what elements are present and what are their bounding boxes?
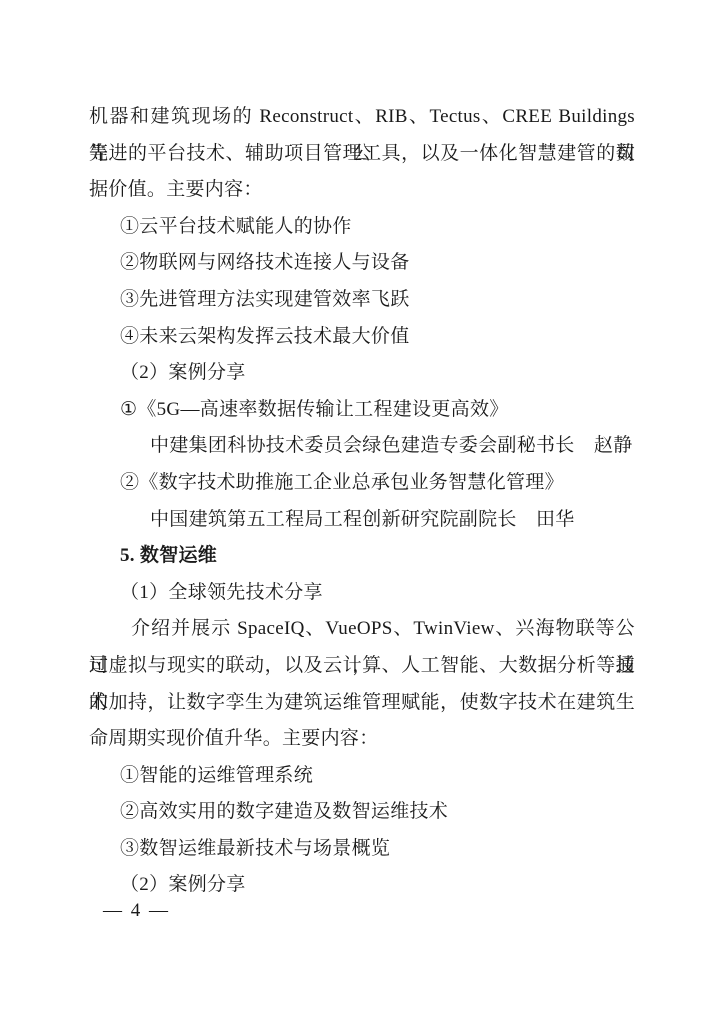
text-line: ③数智运维最新技术与场景概览 <box>89 831 635 868</box>
document-page: 机器和建筑现场的 Reconstruct、RIB、Tectus、CREE Bui… <box>0 0 723 1024</box>
text-line: ③先进管理方法实现建管效率飞跃 <box>89 282 635 319</box>
text-line: 介绍并展示 SpaceIQ、VueOPS、TwinView、兴海物联等公司，通 <box>89 611 635 648</box>
text-line: ②《数字技术助推施工企业总承包业务智慧化管理》 <box>89 465 635 502</box>
text-line: （2）案例分享 <box>89 867 635 904</box>
text-line: ①《5G—高速率数据传输让工程建设更高效》 <box>89 392 635 429</box>
text-line: 中国建筑第五工程局工程创新研究院副院长 田华 <box>89 502 635 539</box>
text-line: 先进的平台技术、辅助项目管理工具，以及一体化智慧建管的数 <box>89 136 635 173</box>
text-line: （2）案例分享 <box>89 355 635 392</box>
text-line: 的加持，让数字孪生为建筑运维管理赋能，使数字技术在建筑生 <box>89 685 635 722</box>
text-line: ①智能的运维管理系统 <box>89 758 635 795</box>
text-line: 命周期实现价值升华。主要内容： <box>89 721 635 758</box>
text-line: 中建集团科协技术委员会绿色建造专委会副秘书长 赵静 <box>89 428 635 465</box>
page-number: — 4 — <box>103 896 170 926</box>
text-line: ②物联网与网络技术连接人与设备 <box>89 245 635 282</box>
text-line: 据价值。主要内容： <box>89 172 635 209</box>
text-line: ②高效实用的数字建造及数智运维技术 <box>89 794 635 831</box>
text-line: （1）全球领先技术分享 <box>89 575 635 612</box>
text-line: ①云平台技术赋能人的协作 <box>89 209 635 246</box>
text-line: 5. 数智运维 <box>89 538 635 575</box>
text-line: 过虚拟与现实的联动，以及云计算、人工智能、大数据分析等技术 <box>89 648 635 685</box>
text-line: 机器和建筑现场的 Reconstruct、RIB、Tectus、CREE Bui… <box>89 99 635 136</box>
document-body: 机器和建筑现场的 Reconstruct、RIB、Tectus、CREE Bui… <box>89 99 635 904</box>
text-line: ④未来云架构发挥云技术最大价值 <box>89 319 635 356</box>
